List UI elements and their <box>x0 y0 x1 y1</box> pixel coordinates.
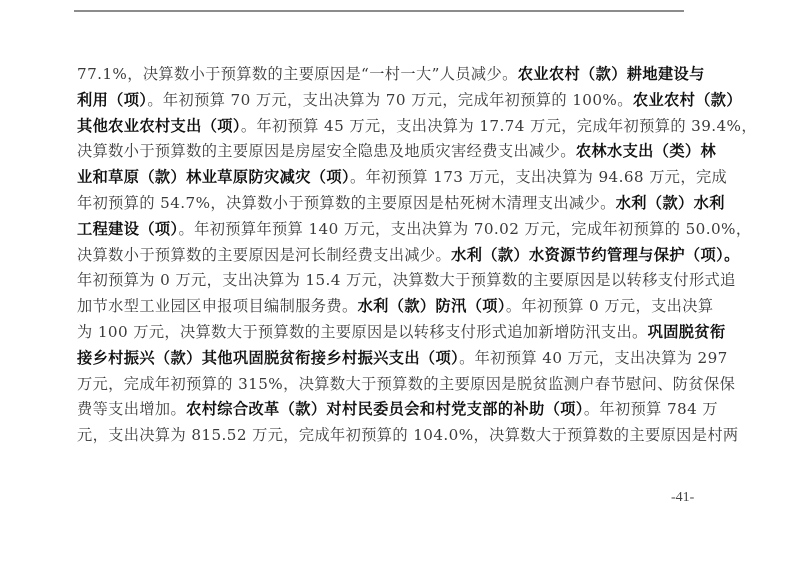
text-segment: 费等支出增加。 <box>77 400 186 418</box>
bold-heading-segment: 巩固脱贫衔 <box>648 323 726 341</box>
text-segment: 。年初预算 173 万元，支出决算为 94.68 万元，完成 <box>350 168 727 186</box>
text-line: 工程建设（项）。年初预算年预算 140 万元，支出决算为 70.02 万元，完成… <box>77 217 689 243</box>
text-line: 加节水型工业园区申报项目编制服务费。水利（款）防汛（项）。年初预算 0 万元，支… <box>77 294 689 320</box>
bold-heading-segment: 农村综合改革（款）对村民委员会和村党支部的补助（项） <box>186 400 584 418</box>
body-text: 77.1%，决算数小于预算数的主要原因是“一村一大”人员减少。农业农村（款）耕地… <box>77 62 689 449</box>
text-line: 费等支出增加。农村综合改革（款）对村民委员会和村党支部的补助（项）。年初预算 7… <box>77 397 689 423</box>
page-number: -41- <box>671 490 694 506</box>
text-segment: 。年初预算年预算 140 万元，支出决算为 70.02 万元，完成年初预算的 5… <box>179 220 752 238</box>
text-line: 为 100 万元，决算数大于预算数的主要原因是以转移支付形式追加新增防汛支出。巩… <box>77 320 689 346</box>
bold-heading-segment: 其他农业农村支出（项） <box>77 117 241 135</box>
bold-heading-segment: 接乡村振兴（款）其他巩固脱贫衔接乡村振兴支出（项） <box>77 349 459 367</box>
bold-heading-segment: 农林水支出（类）林 <box>576 142 716 160</box>
bold-heading-segment: 工程建设（项） <box>77 220 179 238</box>
text-segment: 决算数小于预算数的主要原因是河长制经费支出减少。 <box>77 246 451 264</box>
text-segment: 元，支出决算为 815.52 万元，完成年初预算的 104.0%，决算数大于预算… <box>77 426 739 444</box>
text-segment: 。年初预算 40 万元，支出决算为 297 <box>459 349 728 367</box>
bold-heading-segment: 业和草原（款）林业草原防灾减灾（项） <box>77 168 350 186</box>
bold-heading-segment: 农业农村（款） <box>633 91 742 109</box>
text-line: 决算数小于预算数的主要原因是河长制经费支出减少。水利（款）水资源节约管理与保护（… <box>77 243 689 269</box>
text-line: 元，支出决算为 815.52 万元，完成年初预算的 104.0%，决算数大于预算… <box>77 423 689 449</box>
text-line: 决算数小于预算数的主要原因是房屋安全隐患及地质灾害经费支出减少。农林水支出（类）… <box>77 139 689 165</box>
text-segment: 77.1%，决算数小于预算数的主要原因是“一村一大”人员减少。 <box>77 65 518 83</box>
text-segment: 年初预算的 54.7%，决算数小于预算数的主要原因是枯死树木清理支出减少。 <box>77 194 616 212</box>
text-line: 接乡村振兴（款）其他巩固脱贫衔接乡村振兴支出（项）。年初预算 40 万元，支出决… <box>77 346 689 372</box>
text-segment: 为 100 万元，决算数大于预算数的主要原因是以转移支付形式追加新增防汛支出。 <box>77 323 648 341</box>
text-segment: 。年初预算 70 万元，支出决算为 70 万元，完成年初预算的 100%。 <box>147 91 633 109</box>
bold-heading-segment: 水利（款）水资源节约管理与保护（项）。 <box>451 246 740 264</box>
bold-heading-segment: 水利（款）水利 <box>616 194 725 212</box>
text-segment: 。年初预算 784 万 <box>584 400 718 418</box>
text-line: 年初预算的 54.7%，决算数小于预算数的主要原因是枯死树木清理支出减少。水利（… <box>77 191 689 217</box>
text-segment: 年初预算为 0 万元，支出决算为 15.4 万元，决算数大于预算数的主要原因是以… <box>77 271 736 289</box>
text-line: 万元，完成年初预算的 315%，决算数大于预算数的主要原因是脱贫监测户春节慰问、… <box>77 372 689 398</box>
text-segment: 决算数小于预算数的主要原因是房屋安全隐患及地质灾害经费支出减少。 <box>77 142 576 160</box>
text-line: 77.1%，决算数小于预算数的主要原因是“一村一大”人员减少。农业农村（款）耕地… <box>77 62 689 88</box>
bold-heading-segment: 利用（项） <box>77 91 147 109</box>
text-line: 年初预算为 0 万元，支出决算为 15.4 万元，决算数大于预算数的主要原因是以… <box>77 268 689 294</box>
text-line: 业和草原（款）林业草原防灾减灾（项）。年初预算 173 万元，支出决算为 94.… <box>77 165 689 191</box>
text-line: 利用（项）。年初预算 70 万元，支出决算为 70 万元，完成年初预算的 100… <box>77 88 689 114</box>
text-segment: 。年初预算 45 万元，支出决算为 17.74 万元，完成年初预算的 39.4%… <box>241 117 757 135</box>
text-segment: 加节水型工业园区申报项目编制服务费。 <box>77 297 358 315</box>
header-rule <box>74 10 684 12</box>
bold-heading-segment: 水利（款）防汛（项） <box>358 297 506 315</box>
text-line: 其他农业农村支出（项）。年初预算 45 万元，支出决算为 17.74 万元，完成… <box>77 114 689 140</box>
text-segment: 万元，完成年初预算的 315%，决算数大于预算数的主要原因是脱贫监测户春节慰问、… <box>77 375 735 393</box>
bold-heading-segment: 农业农村（款）耕地建设与 <box>518 65 705 83</box>
text-segment: 。年初预算 0 万元，支出决算 <box>506 297 714 315</box>
